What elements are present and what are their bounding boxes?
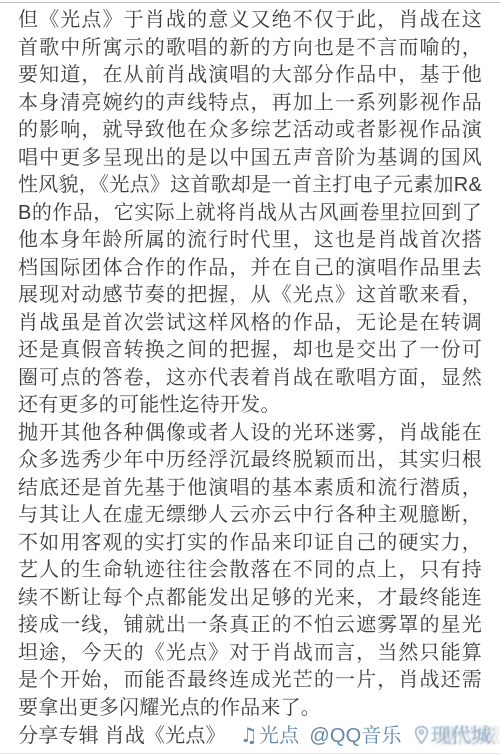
music-note-icon: ♫ — [240, 723, 258, 747]
share-album-text: 分享专辑 肖战《光点》 — [18, 725, 226, 747]
music-track-link[interactable]: ♫光点 — [240, 725, 300, 747]
location-pin-icon — [414, 726, 429, 744]
share-line: 分享专辑 肖战《光点》♫光点@QQ音乐 现代城 — [18, 722, 482, 751]
location-watermark: 现代城 — [414, 723, 492, 751]
article-paragraph-2: 抛开其他各种偶像或者人设的光环迷雾，肖战能在众多选秀少年中历经浮沉最终脱颖而出，… — [18, 420, 482, 723]
article-paragraph-1: 但《光点》于肖战的意义又绝不仅于此，肖战在这首歌中所寓示的歌唱的新的方向也是不言… — [18, 7, 482, 420]
screenshot-bottom-divider — [0, 753, 500, 754]
music-link-label: 光点 — [259, 725, 299, 747]
location-label: 现代城 — [431, 725, 492, 747]
article-body: 但《光点》于肖战的意义又绝不仅于此，肖战在这首歌中所寓示的歌唱的新的方向也是不言… — [0, 3, 500, 751]
qq-music-mention-link[interactable]: @QQ音乐 — [309, 725, 401, 747]
